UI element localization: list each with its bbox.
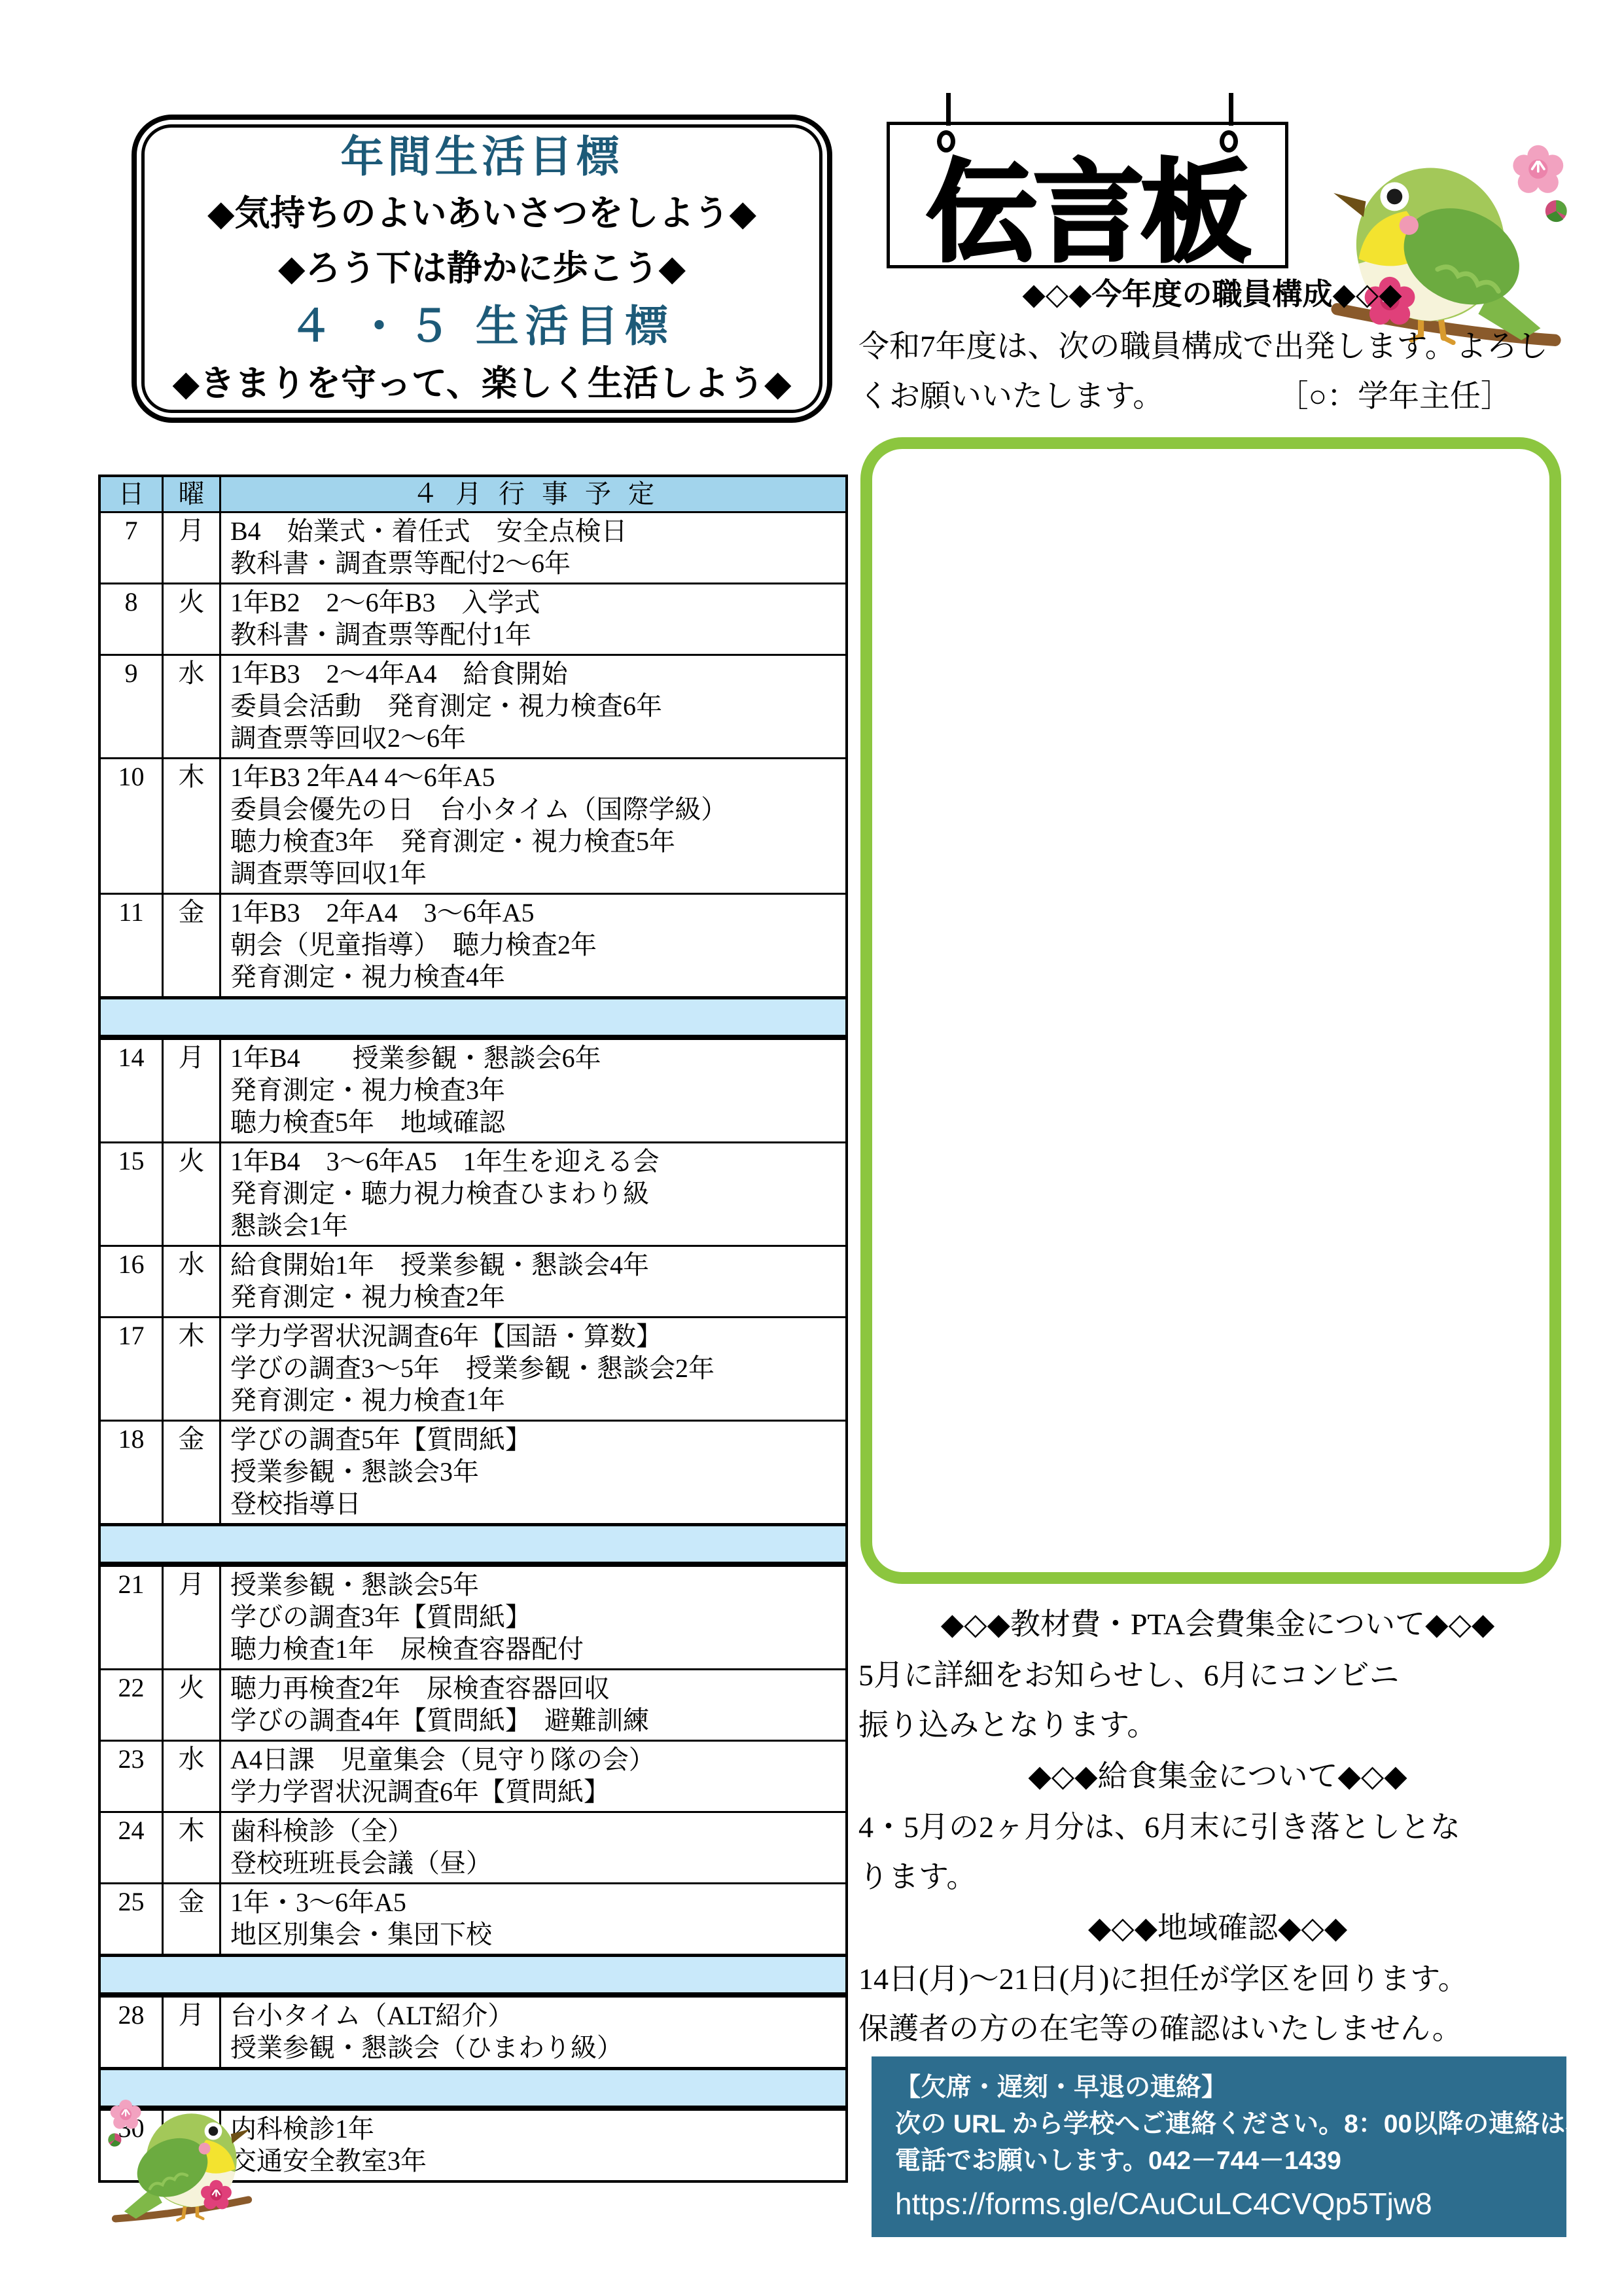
schedule-separator-row (101, 1954, 845, 1996)
event-line: 学力学習状況調査6年【質問紙】 (230, 1776, 845, 1808)
event-line: 登校指導日 (230, 1488, 845, 1520)
schedule-row: 7月B4 始業式・着任式 安全点検日教科書・調査票等配付2～6年 (101, 511, 845, 583)
annual-goals-box-inner: 年間生活目標 ◆気持ちのよいあいさつをしよう◆ ◆ろう下は静かに歩こう◆ ４ ・… (141, 124, 822, 413)
event-line: 授業参観・懇談会（ひまわり級） (230, 2032, 845, 2064)
event-line: 授業参観・懇談会3年 (230, 1456, 845, 1488)
event-line: 聴力検査1年 尿検査容器配付 (230, 1633, 845, 1665)
bird-illustration-bottom-left (102, 2093, 262, 2232)
contact-instruction-line-2: 電話でお願いします。042－744－1439 (895, 2143, 1543, 2179)
schedule-day-cell: 7 (101, 513, 164, 583)
schedule-row: 14月1年B4 授業参観・懇談会6年発育測定・視力検査3年聴力検査5年 地域確認 (101, 1038, 845, 1141)
event-line: 発育測定・視力検査1年 (230, 1384, 845, 1416)
event-line: 発育測定・視力検査3年 (230, 1074, 845, 1106)
schedule-events-cell: A4日課 児童集会（見守り隊の会）学力学習状況調査6年【質問紙】 (221, 1742, 845, 1811)
schedule-separator-row (101, 996, 845, 1038)
annual-goal-line-2: ◆ろう下は静かに歩こう◆ (278, 241, 686, 296)
event-line: 聴力検査5年 地域確認 (230, 1106, 845, 1138)
schedule-day-cell: 23 (101, 1742, 164, 1811)
schedule-day-cell: 10 (101, 759, 164, 893)
event-line: 1年B2 2～6年B3 入学式 (230, 586, 845, 619)
header-weekday: 曜 (164, 477, 221, 511)
schedule-events-cell: 歯科検診（全）登校班班長会議（昼） (221, 1813, 845, 1882)
event-line: 1年B4 3～6年A5 1年生を迎える会 (230, 1145, 845, 1177)
notice-line: 14日(月)～21日(月)に担任が学区を回ります。 (858, 1954, 1577, 2004)
event-line: 委員会優先の日 台小タイム（国際学級） (230, 793, 845, 825)
schedule-events-cell: B4 始業式・着任式 安全点検日教科書・調査票等配付2～6年 (221, 513, 845, 583)
notices-section: ◆◇◆教材費・PTA会費集金について◆◇◆5月に詳細をお知らせし、6月にコンビニ… (858, 1598, 1577, 2054)
april-schedule-table: 日 曜 ４月行事予定 7月B4 始業式・着任式 安全点検日教科書・調査票等配付2… (98, 475, 848, 2183)
schedule-day-cell: 24 (101, 1813, 164, 1882)
schedule-weekday-cell: 月 (164, 1040, 221, 1141)
event-line: 給食開始1年 授業参観・懇談会4年 (230, 1249, 845, 1281)
schedule-day-cell: 15 (101, 1143, 164, 1245)
schedule-weekday-cell: 金 (164, 1422, 221, 1523)
schedule-weekday-cell: 火 (164, 1143, 221, 1245)
schedule-events-cell: 1年B3 2～4年A4 給食開始委員会活動 発育測定・視力検査6年調査票等回収2… (221, 656, 845, 757)
schedule-row: 28月台小タイム（ALT紹介）授業参観・懇談会（ひまわり級） (101, 1996, 845, 2067)
contact-form-url-link[interactable]: https://forms.gle/CAuCuLC4CVQp5Tjw8 (895, 2183, 1432, 2224)
sign-hanger-right-icon (1229, 93, 1233, 126)
staff-roster-box (860, 437, 1561, 1584)
notice-line: 振り込みとなります。 (858, 1700, 1577, 1750)
event-line: 調査票等回収1年 (230, 857, 845, 889)
schedule-day-cell: 25 (101, 1884, 164, 1954)
schedule-events-cell: 学びの調査5年【質問紙】授業参観・懇談会3年登校指導日 (221, 1422, 845, 1523)
notice-heading: ◆◇◆地域確認◆◇◆ (858, 1902, 1577, 1954)
schedule-weekday-cell: 水 (164, 1247, 221, 1316)
schedule-row: 23水A4日課 児童集会（見守り隊の会）学力学習状況調査6年【質問紙】 (101, 1740, 845, 1811)
schedule-events-cell: 台小タイム（ALT紹介）授業参観・懇談会（ひまわり級） (221, 1998, 845, 2067)
schedule-day-cell: 9 (101, 656, 164, 757)
staff-composition-heading: ◆◇◆今年度の職員構成◆◇◆ (860, 275, 1564, 314)
contact-url-row: https://forms.gle/CAuCuLC4CVQp5Tjw8 (895, 2179, 1543, 2224)
event-line: 委員会活動 発育測定・視力検査6年 (230, 690, 845, 722)
schedule-events-cell: 聴力再検査2年 尿検査容器回収学びの調査4年【質問紙】 避難訓練 (221, 1670, 845, 1740)
schedule-weekday-cell: 水 (164, 1742, 221, 1811)
notice-line: ります。 (858, 1852, 1577, 1902)
event-line: 懇談会1年 (230, 1210, 845, 1242)
staff-text-line-2-row: くお願いいたします。 ［○：学年主任］ (858, 372, 1583, 422)
schedule-row: 10木1年B3 2年A4 4～6年A5委員会優先の日 台小タイム（国際学級）聴力… (101, 757, 845, 893)
notice-heading: ◆◇◆給食集金について◆◇◆ (858, 1750, 1577, 1803)
schedule-events-cell: 内科検診1年交通安全教室3年 (221, 2111, 845, 2180)
schedule-weekday-cell: 木 (164, 759, 221, 893)
contact-box-title: 【欠席・遅刻・早退の連絡】 (895, 2070, 1543, 2106)
schedule-events-cell: 1年B4 授業参観・懇談会6年発育測定・視力検査3年聴力検査5年 地域確認 (221, 1040, 845, 1141)
schedule-day-cell: 21 (101, 1567, 164, 1668)
sign-ring-right-icon (1220, 130, 1238, 152)
event-line: 授業参観・懇談会5年 (230, 1569, 845, 1601)
schedule-day-cell: 17 (101, 1318, 164, 1420)
newsletter-page: 年間生活目標 ◆気持ちのよいあいさつをしよう◆ ◆ろう下は静かに歩こう◆ ４ ・… (0, 0, 1624, 2296)
event-line: 聴力再検査2年 尿検査容器回収 (230, 1672, 845, 1704)
notice-heading: ◆◇◆教材費・PTA会費集金について◆◇◆ (858, 1598, 1577, 1651)
header-events: ４月行事予定 (221, 477, 845, 511)
schedule-row: 11金1年B3 2年A4 3～6年A5朝会（児童指導） 聴力検査2年発育測定・視… (101, 893, 845, 996)
event-line: 発育測定・聴力視力検査ひまわり級 (230, 1177, 845, 1210)
schedule-row: 24木歯科検診（全）登校班班長会議（昼） (101, 1811, 845, 1882)
event-line: 1年B3 2～4年A4 給食開始 (230, 658, 845, 690)
schedule-row: 8火1年B2 2～6年B3 入学式教科書・調査票等配付1年 (101, 583, 845, 654)
schedule-separator-row (101, 1523, 845, 1565)
event-line: 歯科検診（全） (230, 1815, 845, 1847)
schedule-events-cell: 学力学習状況調査6年【国語・算数】学びの調査3～5年 授業参観・懇談会2年発育測… (221, 1318, 845, 1420)
schedule-weekday-cell: 月 (164, 1567, 221, 1668)
event-line: 学びの調査4年【質問紙】 避難訓練 (230, 1704, 845, 1736)
notice-section: ◆◇◆給食集金について◆◇◆4・5月の2ヶ月分は、6月末に引き落としとなります。 (858, 1750, 1577, 1902)
schedule-weekday-cell: 火 (164, 584, 221, 654)
schedule-row: 16水給食開始1年 授業参観・懇談会4年発育測定・視力検査2年 (101, 1245, 845, 1316)
schedule-day-cell: 8 (101, 584, 164, 654)
schedule-weekday-cell: 金 (164, 895, 221, 996)
event-line: 教科書・調査票等配付1年 (230, 619, 845, 651)
notice-line: 保護者の方の在宅等の確認はいたしません。 (858, 2004, 1577, 2054)
staff-text-line-2: くお願いいたします。 (858, 372, 1163, 422)
event-line: 登校班班長会議（昼） (230, 1847, 845, 1879)
monthly-goals-subtitle: ４ ・５ 生活目標 (289, 296, 675, 356)
event-line: 学びの調査3～5年 授業参観・懇談会2年 (230, 1352, 845, 1384)
schedule-day-cell: 16 (101, 1247, 164, 1316)
schedule-events-cell: 1年B3 2年A4 3～6年A5朝会（児童指導） 聴力検査2年発育測定・視力検査… (221, 895, 845, 996)
event-line: 学びの調査5年【質問紙】 (230, 1424, 845, 1456)
schedule-events-cell: 1年B2 2～6年B3 入学式教科書・調査票等配付1年 (221, 584, 845, 654)
event-line: 1年・3～6年A5 (230, 1886, 845, 1918)
event-line: A4日課 児童集会（見守り隊の会） (230, 1744, 845, 1776)
notice-section: ◆◇◆地域確認◆◇◆14日(月)～21日(月)に担任が学区を回ります。保護者の方… (858, 1902, 1577, 2054)
event-line: 学びの調査3年【質問紙】 (230, 1601, 845, 1633)
notice-line: 4・5月の2ヶ月分は、6月末に引き落としとな (858, 1803, 1577, 1852)
schedule-day-cell: 28 (101, 1998, 164, 2067)
schedule-events-cell: 授業参観・懇談会5年学びの調査3年【質問紙】聴力検査1年 尿検査容器配付 (221, 1567, 845, 1668)
schedule-events-cell: 1年・3～6年A5地区別集会・集団下校 (221, 1884, 845, 1954)
schedule-weekday-cell: 月 (164, 513, 221, 583)
monthly-goal-line: ◆きまりを守って、楽しく生活しよう◆ (173, 356, 792, 411)
event-line: 教科書・調査票等配付2～6年 (230, 547, 845, 579)
schedule-weekday-cell: 火 (164, 1670, 221, 1740)
event-line: 朝会（児童指導） 聴力検査2年 (230, 929, 845, 961)
schedule-weekday-cell: 水 (164, 656, 221, 757)
event-line: 調査票等回収2～6年 (230, 722, 845, 754)
event-line: 1年B4 授業参観・懇談会6年 (230, 1042, 845, 1074)
schedule-row: 15火1年B4 3～6年A5 1年生を迎える会発育測定・聴力視力検査ひまわり級懇… (101, 1141, 845, 1245)
contact-instruction-line-1: 次の URL から学校へご連絡ください。8：00以降の連絡は、 (895, 2106, 1543, 2143)
absence-contact-box: 【欠席・遅刻・早退の連絡】 次の URL から学校へご連絡ください。8：00以降… (872, 2056, 1566, 2237)
notice-section: ◆◇◆教材費・PTA会費集金について◆◇◆5月に詳細をお知らせし、6月にコンビニ… (858, 1598, 1577, 1750)
schedule-row: 21月授業参観・懇談会5年学びの調査3年【質問紙】聴力検査1年 尿検査容器配付 (101, 1565, 845, 1668)
annual-goals-title: 年間生活目標 (341, 127, 624, 186)
staff-composition-paragraph: 令和7年度は、次の職員構成で出発します。よろし くお願いいたします。 ［○：学年… (858, 322, 1583, 422)
event-line: 学力学習状況調査6年【国語・算数】 (230, 1320, 845, 1352)
event-line: 交通安全教室3年 (230, 2145, 845, 2177)
schedule-table-header: 日 曜 ４月行事予定 (101, 477, 845, 511)
schedule-weekday-cell: 月 (164, 1998, 221, 2067)
event-line: 発育測定・視力検査2年 (230, 1281, 845, 1313)
schedule-day-cell: 22 (101, 1670, 164, 1740)
event-line: 発育測定・視力検査4年 (230, 961, 845, 993)
schedule-weekday-cell: 木 (164, 1813, 221, 1882)
schedule-row: 9水1年B3 2～4年A4 給食開始委員会活動 発育測定・視力検査6年調査票等回… (101, 654, 845, 757)
schedule-day-cell: 18 (101, 1422, 164, 1523)
schedule-row: 18金学びの調査5年【質問紙】授業参観・懇談会3年登校指導日 (101, 1420, 845, 1523)
sign-hanger-left-icon (946, 93, 951, 126)
event-line: 聴力検査3年 発育測定・視力検査5年 (230, 825, 845, 857)
schedule-table-rows: 7月B4 始業式・着任式 安全点検日教科書・調査票等配付2～6年8火1年B2 2… (101, 511, 845, 2180)
schedule-row: 17木学力学習状況調査6年【国語・算数】学びの調査3～5年 授業参観・懇談会2年… (101, 1316, 845, 1420)
event-line: 内科検診1年 (230, 2113, 845, 2145)
staff-text-line-1: 令和7年度は、次の職員構成で出発します。よろし (858, 322, 1583, 372)
schedule-day-cell: 11 (101, 895, 164, 996)
notice-line: 5月に詳細をお知らせし、6月にコンビニ (858, 1651, 1577, 1700)
schedule-row: 22火聴力再検査2年 尿検査容器回収学びの調査4年【質問紙】 避難訓練 (101, 1668, 845, 1740)
schedule-row: 25金1年・3～6年A5地区別集会・集団下校 (101, 1882, 845, 1954)
bird-icon (102, 2093, 262, 2232)
event-line: B4 始業式・着任式 安全点検日 (230, 515, 845, 547)
annual-goals-box: 年間生活目標 ◆気持ちのよいあいさつをしよう◆ ◆ろう下は静かに歩こう◆ ４ ・… (132, 115, 832, 423)
event-line: 1年B3 2年A4 4～6年A5 (230, 761, 845, 793)
schedule-weekday-cell: 木 (164, 1318, 221, 1420)
event-line: 台小タイム（ALT紹介） (230, 2000, 845, 2032)
schedule-events-cell: 1年B3 2年A4 4～6年A5委員会優先の日 台小タイム（国際学級）聴力検査3… (221, 759, 845, 893)
schedule-events-cell: 1年B4 3～6年A5 1年生を迎える会発育測定・聴力視力検査ひまわり級懇談会1… (221, 1143, 845, 1245)
event-line: 地区別集会・集団下校 (230, 1918, 845, 1950)
schedule-events-cell: 給食開始1年 授業参観・懇談会4年発育測定・視力検査2年 (221, 1247, 845, 1316)
message-board-title: 伝言板 (927, 108, 1248, 283)
grade-leader-note: ［○：学年主任］ (1278, 372, 1511, 422)
schedule-weekday-cell: 金 (164, 1884, 221, 1954)
message-board-sign: 伝言板 (887, 122, 1288, 268)
event-line: 1年B3 2年A4 3～6年A5 (230, 897, 845, 929)
sign-ring-left-icon (937, 130, 955, 152)
header-day: 日 (101, 477, 164, 511)
schedule-day-cell: 14 (101, 1040, 164, 1141)
annual-goal-line-1: ◆気持ちのよいあいさつをしよう◆ (207, 186, 756, 241)
